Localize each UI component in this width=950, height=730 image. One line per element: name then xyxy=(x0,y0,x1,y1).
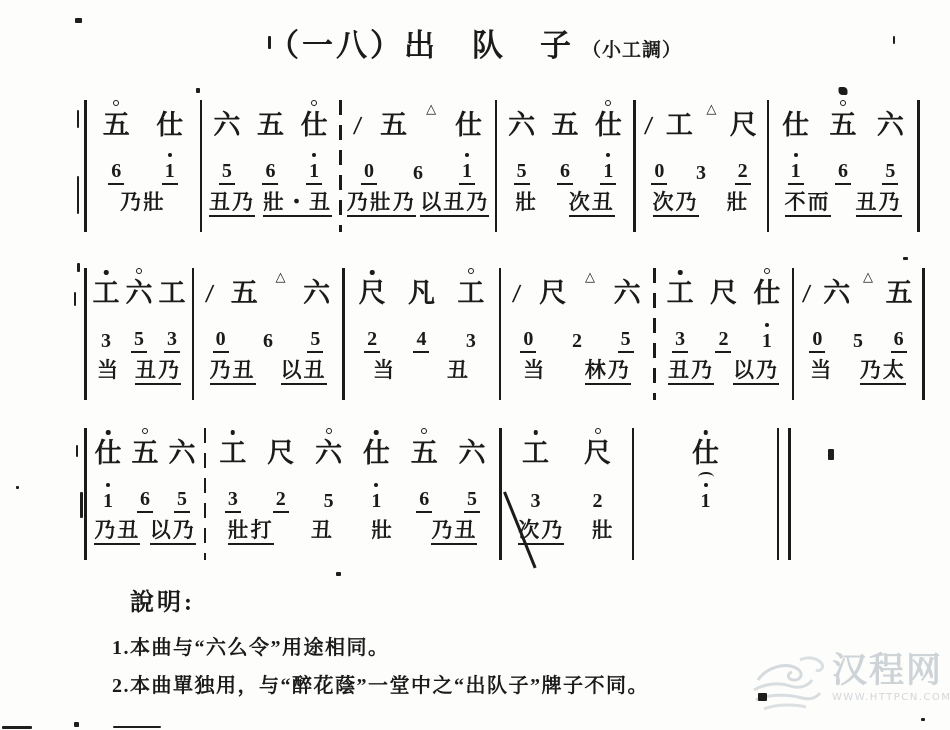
gongche-char: 尺 xyxy=(267,440,294,467)
beat-triangle-icon: △ xyxy=(426,102,436,115)
jianpu-number: 5 xyxy=(850,331,866,353)
gongche-char: 尺 xyxy=(359,280,386,307)
octave-dot-icon xyxy=(703,430,708,435)
ornament-icon xyxy=(838,87,847,95)
jianpu-row: 561 xyxy=(205,151,336,188)
high-octave-dot-icon xyxy=(794,153,798,157)
gongche-char: 六 xyxy=(303,280,330,307)
scan-speck xyxy=(828,449,834,460)
watermark-logo-icon xyxy=(744,646,830,718)
gongche-char: 仕 xyxy=(156,112,183,139)
ring-mark-icon xyxy=(113,100,119,106)
scan-speck xyxy=(77,110,79,128)
jianpu-number: 1 xyxy=(698,491,714,513)
rest-slash-mark: / xyxy=(802,281,812,307)
high-octave-dot-icon xyxy=(312,153,316,157)
luogu-row: 乃丑以乃 xyxy=(90,516,201,560)
gongche-row: 工六工 xyxy=(90,268,189,319)
luogu-syllable: 以丑 xyxy=(281,360,327,385)
luogu-syllable: 次乃 xyxy=(653,192,699,217)
gongche-row: 工尺六仕五六 xyxy=(209,428,496,479)
luogu-syllable: 丑乃 xyxy=(135,360,181,385)
jianpu-number: 1 xyxy=(100,491,116,513)
barline-double xyxy=(777,428,791,560)
gongche-char: 尺 xyxy=(584,440,611,467)
gongche-char: 六 xyxy=(877,112,904,139)
beat-triangle-icon: △ xyxy=(585,270,595,283)
luogu-row: 当乃太 xyxy=(797,356,919,400)
luogu-row: 乃壯乃以丑乃 xyxy=(345,188,492,232)
scan-speck xyxy=(758,693,767,701)
beat-triangle-icon: △ xyxy=(706,102,716,115)
luogu-syllable: 不而 xyxy=(785,192,831,217)
jianpu-row: 353 xyxy=(90,319,189,356)
jianpu-row: 165 xyxy=(772,151,914,188)
luogu-row xyxy=(637,516,774,560)
ring-mark-icon xyxy=(136,268,142,274)
gongche-char: 五 xyxy=(231,280,258,307)
jianpu-number: 3 xyxy=(463,331,479,353)
gongche-char: 工 xyxy=(219,440,246,467)
title-key-label: （小工調） xyxy=(582,40,682,61)
jianpu-number: 0 xyxy=(213,329,229,353)
luogu-row: 次乃壯 xyxy=(639,188,764,232)
measure: 工尺仕321丑乃以乃 xyxy=(656,268,792,400)
luogu-row: 壯打丑壯乃丑 xyxy=(209,516,496,560)
measure: 工尺六仕五六325165壯打丑壯乃丑 xyxy=(206,428,499,560)
measure: /六△五056当乃太 xyxy=(794,268,922,400)
jianpu-row: 061 xyxy=(345,151,492,188)
gongche-row: 六五仕 xyxy=(205,100,336,151)
scanned-score-page: （一八）出 队 子 （小工調） 五仕61乃壯六五仕561丑乃壯・丑/五△仕061… xyxy=(0,0,950,730)
note-line-2: 2.本曲單独用，与“醉花蔭”一堂中之“出队子”牌子不同。 xyxy=(112,669,649,698)
gongche-char: 五 xyxy=(886,280,913,307)
scan-speck xyxy=(921,718,925,721)
jianpu-row: 61 xyxy=(90,151,197,188)
jianpu-number: 4 xyxy=(413,329,429,353)
jianpu-row: 032 xyxy=(639,151,764,188)
gongche-char: 凡 xyxy=(408,280,435,307)
luogu-syllable: 乃丑 xyxy=(431,520,477,545)
note-line-1: 1.本曲与“六么令”用途相同。 xyxy=(112,631,390,660)
luogu-syllable: 以丑乃 xyxy=(420,192,489,217)
gongche-row: /五△仕 xyxy=(345,100,492,151)
jianpu-number: 0 xyxy=(520,329,536,353)
jianpu-number: 6 xyxy=(260,331,276,353)
luogu-syllable: 丑 xyxy=(311,520,334,543)
measure: 仕五六165不而丑乃 xyxy=(769,100,917,232)
luogu-row: 丑乃壯・丑 xyxy=(205,188,336,232)
gongche-row: 尺凡工 xyxy=(348,268,496,319)
jianpu-number: 1 xyxy=(459,161,475,185)
gongche-char: 仕 xyxy=(363,440,390,467)
luogu-syllable: 壯 xyxy=(592,520,615,543)
jianpu-number: 5 xyxy=(464,489,480,513)
ring-mark-icon xyxy=(142,428,148,434)
gongche-char: 工 xyxy=(457,280,484,307)
octave-dot-icon xyxy=(231,430,236,435)
gongche-char: 五 xyxy=(411,440,438,467)
jianpu-number: 6 xyxy=(137,489,153,513)
beat-triangle-icon: △ xyxy=(863,270,873,283)
high-octave-dot-icon xyxy=(374,483,378,487)
luogu-syllable: 当 xyxy=(810,360,833,383)
ring-mark-icon xyxy=(605,100,611,106)
gongche-row: /尺△六 xyxy=(504,268,650,319)
jianpu-number: 1 xyxy=(162,161,178,185)
watermark-site-name: 汉程网 xyxy=(832,652,950,691)
jianpu-row: 321 xyxy=(659,319,789,356)
jianpu-row: 056 xyxy=(797,319,919,356)
measure: 六五仕561壯次丑 xyxy=(497,100,633,232)
jianpu-number: 2 xyxy=(590,491,606,513)
scan-speck xyxy=(74,722,79,727)
luogu-syllable: 当 xyxy=(523,360,546,383)
luogu-syllable: 乃丑 xyxy=(94,520,140,545)
luogu-row: 丑乃以乃 xyxy=(659,356,789,400)
luogu-syllable: 以乃 xyxy=(733,360,779,385)
gongche-row: /五△六 xyxy=(197,268,339,319)
scan-speck xyxy=(196,88,200,93)
jianpu-row: 065 xyxy=(197,319,339,356)
luogu-row: 不而丑乃 xyxy=(772,188,914,232)
measure: 尺凡工243当丑 xyxy=(345,268,499,400)
barline-solid xyxy=(917,100,920,232)
gongche-row: /工△尺 xyxy=(639,100,764,151)
gongche-char: 五 xyxy=(132,440,159,467)
octave-dot-icon xyxy=(370,270,375,275)
jianpu-number: 3 xyxy=(672,329,688,353)
scan-speck xyxy=(16,486,19,489)
luogu-row: 当林乃 xyxy=(504,356,650,400)
jianpu-number: 5 xyxy=(618,329,634,353)
luogu-syllable: 壯 xyxy=(515,192,538,215)
jianpu-number: 0 xyxy=(651,161,667,185)
jianpu-number: 2 xyxy=(569,331,585,353)
gongche-char: 工 xyxy=(667,280,694,307)
gongche-char: 工 xyxy=(93,280,120,307)
gongche-char: 六 xyxy=(126,280,153,307)
luogu-syllable: 壯 xyxy=(371,520,394,543)
jianpu-number: 6 xyxy=(891,329,907,353)
gongche-char: 仕 xyxy=(301,112,328,139)
jianpu-number: 6 xyxy=(835,161,851,185)
luogu-syllable: 次丑 xyxy=(569,192,615,217)
luogu-syllable: 乃丑 xyxy=(210,360,256,385)
music-system-2: 工六工353当丑乃/五△六065乃丑以丑尺凡工243当丑/尺△六025当林乃工尺… xyxy=(84,268,925,400)
gongche-row: 仕五六 xyxy=(90,428,201,479)
measure: 仕1 xyxy=(634,428,777,560)
ring-mark-icon xyxy=(468,268,474,274)
barline-solid xyxy=(922,268,925,400)
watermark-text: 汉程网 WWW.HTTPCN.COM xyxy=(832,652,950,703)
high-octave-dot-icon xyxy=(168,153,172,157)
scan-speck xyxy=(113,726,161,728)
jianpu-number: 5 xyxy=(131,329,147,353)
gongche-char: 六 xyxy=(459,440,486,467)
gongche-char: 仕 xyxy=(95,440,122,467)
jianpu-row: 561 xyxy=(500,151,630,188)
high-octave-dot-icon xyxy=(704,483,708,487)
ring-mark-icon xyxy=(764,268,770,274)
gongche-char: 尺 xyxy=(539,280,566,307)
gongche-char: 仕 xyxy=(692,440,719,467)
ring-mark-icon xyxy=(840,100,846,106)
jianpu-number: 3 xyxy=(98,331,114,353)
luogu-syllable: 以乃 xyxy=(150,520,196,545)
gongche-row: 六五仕 xyxy=(500,100,630,151)
gongche-char: 工 xyxy=(666,112,693,139)
gongche-row: /六△五 xyxy=(797,268,919,319)
scan-speck xyxy=(80,492,83,518)
jianpu-number: 5 xyxy=(307,329,323,353)
gongche-char: 仕 xyxy=(782,112,809,139)
jianpu-number: 3 xyxy=(693,163,709,185)
measure: /五△仕061乃壯乃以丑乃 xyxy=(342,100,495,232)
ring-mark-icon xyxy=(311,100,317,106)
luogu-syllable: 林乃 xyxy=(585,360,631,385)
gongche-char: 五 xyxy=(829,112,856,139)
high-octave-dot-icon xyxy=(106,483,110,487)
jianpu-row: 325165 xyxy=(209,479,496,516)
luogu-row: 壯次丑 xyxy=(500,188,630,232)
luogu-syllable: 丑 xyxy=(447,360,470,383)
jianpu-number: 1 xyxy=(368,491,384,513)
luogu-syllable: 当 xyxy=(97,360,120,383)
measure: /工△尺032次乃壯 xyxy=(636,100,767,232)
octave-dot-icon xyxy=(374,430,379,435)
title-main: （一八）出 队 子 xyxy=(268,28,574,63)
gongche-row: 工尺 xyxy=(505,428,629,479)
gongche-char: 仕 xyxy=(753,280,780,307)
jianpu-number: 1 xyxy=(600,161,616,185)
luogu-row: 乃丑以丑 xyxy=(197,356,339,400)
measure: /尺△六025当林乃 xyxy=(501,268,653,400)
gongche-char: 五 xyxy=(103,112,130,139)
octave-dot-icon xyxy=(678,270,683,275)
jianpu-row: 025 xyxy=(504,319,650,356)
luogu-syllable: 乃太 xyxy=(860,360,906,385)
measure: 六五仕561丑乃壯・丑 xyxy=(202,100,339,232)
jianpu-number: 3 xyxy=(528,491,544,513)
watermark: 汉程网 WWW.HTTPCN.COM xyxy=(744,646,950,718)
jianpu-number: 5 xyxy=(174,489,190,513)
luogu-row: 乃壯 xyxy=(90,188,197,232)
fermata-arc-icon xyxy=(698,472,714,483)
octave-dot-icon xyxy=(106,430,111,435)
scan-speck xyxy=(74,292,76,306)
luogu-syllable: 乃壯 xyxy=(120,192,166,215)
luogu-syllable: 丑乃 xyxy=(209,192,255,217)
measure: 仕五六165乃丑以乃 xyxy=(87,428,204,560)
scan-speck xyxy=(77,176,79,214)
jianpu-number: 1 xyxy=(306,161,322,185)
gongche-row: 工尺仕 xyxy=(659,268,789,319)
gongche-row: 五仕 xyxy=(90,100,197,151)
high-octave-dot-icon xyxy=(606,153,610,157)
luogu-syllable: 壯・丑 xyxy=(263,192,332,217)
luogu-syllable: 壯 xyxy=(727,192,750,215)
jianpu-number: 2 xyxy=(364,329,380,353)
ring-mark-icon xyxy=(595,428,601,434)
jianpu-number: 6 xyxy=(557,161,573,185)
jianpu-number: 5 xyxy=(882,161,898,185)
scan-speck xyxy=(903,257,908,260)
rest-slash-mark: / xyxy=(353,113,363,139)
scan-speck xyxy=(2,726,32,729)
music-system-3: 仕五六165乃丑以乃工尺六仕五六325165壯打丑壯乃丑工尺32次乃壯仕1 xyxy=(84,428,791,560)
luogu-row: 当丑 xyxy=(348,356,496,400)
scan-speck xyxy=(77,263,80,272)
measure: 工尺32次乃壯 xyxy=(502,428,632,560)
luogu-syllable: 当 xyxy=(373,360,396,383)
jianpu-number: 6 xyxy=(262,161,278,185)
music-system-1: 五仕61乃壯六五仕561丑乃壯・丑/五△仕061乃壯乃以丑乃六五仕561壯次丑/… xyxy=(84,100,920,232)
octave-dot-icon xyxy=(104,270,109,275)
jianpu-row: 1 xyxy=(637,479,774,516)
jianpu-row: 32 xyxy=(505,479,629,516)
notes-heading: 說明: xyxy=(130,582,195,617)
jianpu-number: 6 xyxy=(108,161,124,185)
luogu-syllable: 壯打 xyxy=(228,520,274,545)
jianpu-row: 243 xyxy=(348,319,496,356)
gongche-row: 仕五六 xyxy=(772,100,914,151)
gongche-char: 六 xyxy=(169,440,196,467)
jianpu-number: 5 xyxy=(321,491,337,513)
jianpu-number: 6 xyxy=(410,163,426,185)
octave-dot-icon xyxy=(533,430,538,435)
measure: 五仕61乃壯 xyxy=(87,100,200,232)
gongche-char: 六 xyxy=(823,280,850,307)
gongche-char: 仕 xyxy=(455,112,482,139)
gongche-char: 工 xyxy=(159,280,186,307)
measure: 工六工353当丑乃 xyxy=(87,268,192,400)
gongche-char: 尺 xyxy=(710,280,737,307)
luogu-syllable: 丑乃 xyxy=(668,360,714,385)
scan-speck xyxy=(893,36,895,44)
gongche-char: 尺 xyxy=(730,112,757,139)
luogu-syllable: 丑乃 xyxy=(856,192,902,217)
ring-mark-icon xyxy=(326,428,332,434)
gongche-char: 工 xyxy=(522,440,549,467)
beat-triangle-icon: △ xyxy=(275,270,285,283)
jianpu-number: 5 xyxy=(514,161,530,185)
jianpu-number: 1 xyxy=(759,331,775,353)
jianpu-number: 2 xyxy=(273,489,289,513)
measure: /五△六065乃丑以丑 xyxy=(194,268,342,400)
jianpu-number: 6 xyxy=(416,489,432,513)
jianpu-row: 165 xyxy=(90,479,201,516)
scan-speck xyxy=(336,572,341,576)
rest-slash-mark: / xyxy=(204,281,214,307)
jianpu-number: 2 xyxy=(735,161,751,185)
jianpu-number: 3 xyxy=(225,489,241,513)
rest-slash-mark: / xyxy=(512,281,522,307)
scan-speck xyxy=(76,445,78,457)
luogu-row: 当丑乃 xyxy=(90,356,189,400)
gongche-char: 仕 xyxy=(595,112,622,139)
jianpu-number: 0 xyxy=(809,329,825,353)
page-title: （一八）出 队 子 （小工調） xyxy=(0,20,950,65)
gongche-char: 五 xyxy=(380,112,407,139)
rest-slash-mark: / xyxy=(644,113,654,139)
scan-speck xyxy=(75,18,82,23)
jianpu-number: 3 xyxy=(164,329,180,353)
ring-mark-icon xyxy=(421,428,427,434)
gongche-char: 五 xyxy=(551,112,578,139)
gongche-char: 六 xyxy=(315,440,342,467)
gongche-char: 六 xyxy=(213,112,240,139)
watermark-site-url: WWW.HTTPCN.COM xyxy=(832,692,950,703)
high-octave-dot-icon xyxy=(465,153,469,157)
scan-speck xyxy=(268,36,271,49)
jianpu-number: 0 xyxy=(361,161,377,185)
jianpu-number: 5 xyxy=(219,161,235,185)
gongche-char: 六 xyxy=(614,280,641,307)
jianpu-number: 1 xyxy=(788,161,804,185)
gongche-char: 六 xyxy=(508,112,535,139)
high-octave-dot-icon xyxy=(765,323,769,327)
luogu-syllable: 乃壯乃 xyxy=(347,192,416,217)
gongche-char: 五 xyxy=(257,112,284,139)
jianpu-number: 2 xyxy=(715,329,731,353)
